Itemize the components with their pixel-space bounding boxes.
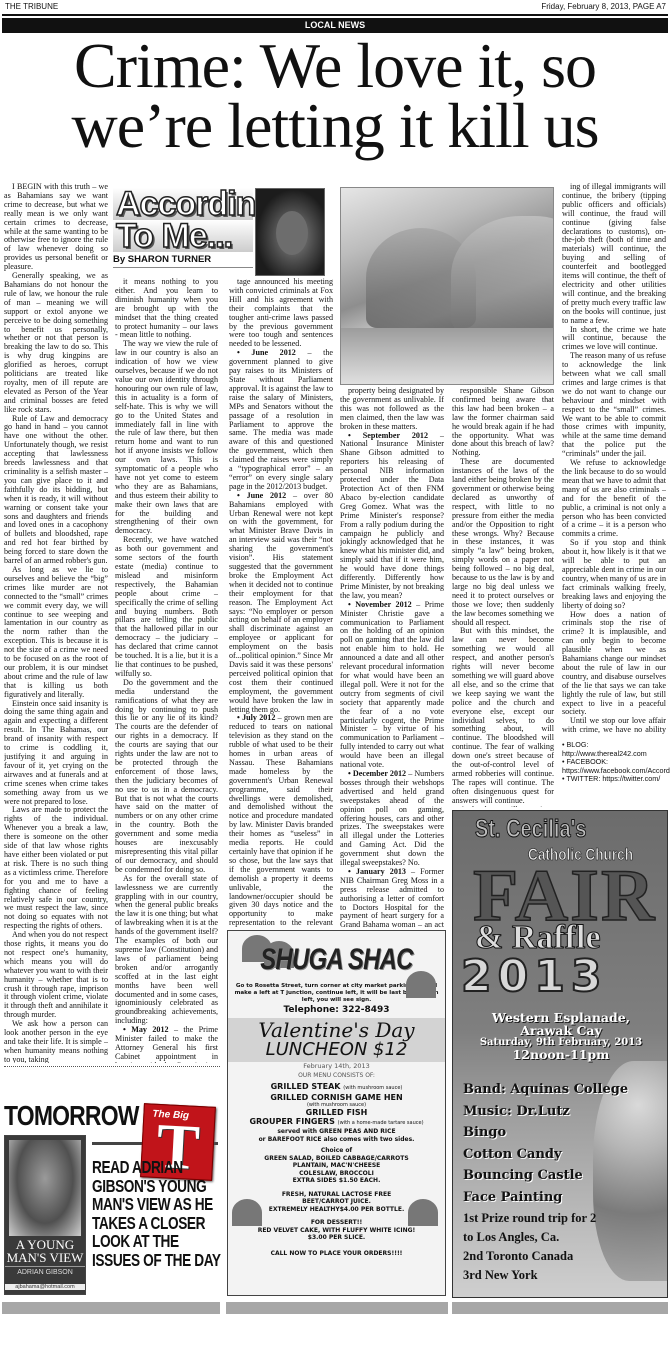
menu-item: GRILLED FISH xyxy=(228,1108,445,1117)
article-paragraph: • June 2012 – over 80 Bahamians employed… xyxy=(229,492,333,715)
side-3: COLESLAW, BROCCOLI xyxy=(228,1170,445,1178)
event-date: February 14th, 2013 xyxy=(228,1062,445,1070)
side-4: EXTRA SIDES $1.50 EACH. xyxy=(228,1177,445,1185)
heart-icon xyxy=(408,1199,438,1226)
valentines-day: Valentine's Day xyxy=(228,1020,445,1040)
promo-text: READ ADRIAN GIBSON'S YOUNG MAN'S VIEW AS… xyxy=(92,1158,225,1269)
logo-word-to-me: To Me... xyxy=(113,220,253,252)
menu-item: GROUPER FINGERS (with a home-made tartar… xyxy=(228,1117,445,1128)
siren-lights-photo xyxy=(340,187,554,385)
shuga-shac-title: SHUGA SHAC xyxy=(250,943,424,977)
venue-2: Arawak Cay xyxy=(453,1024,668,1037)
article-paragraph: We refuse to acknowledge the link becaus… xyxy=(562,459,666,539)
promo-divider xyxy=(4,1066,220,1067)
siren-dome-right xyxy=(451,216,554,336)
article-paragraph: The way we view the rule of law in our c… xyxy=(115,340,218,536)
adrian-gibson-photo xyxy=(9,1140,81,1236)
article-paragraph: We ask how a person can look another per… xyxy=(4,1020,108,1063)
article-column-4: property being designated by the governm… xyxy=(340,387,444,930)
prize: 1st Prize round trip for 2 xyxy=(463,1209,596,1228)
article-paragraph: And when you do not respect those rights… xyxy=(4,931,108,1020)
article-paragraph: Do the government and the media understa… xyxy=(115,679,218,875)
valentine-banner: Valentine's Day LUNCHEON $12 xyxy=(228,1018,445,1062)
side-2: PLANTAIN, MAC'N'CHEESE xyxy=(228,1162,445,1170)
article-column-6: ing of illegal immigrants will continue,… xyxy=(562,183,666,805)
article-paragraph: Recently, we have watched as both our go… xyxy=(115,536,218,679)
prizes-list: 1st Prize round trip for 2 to Los Angles… xyxy=(463,1209,596,1285)
bottom-bar-middle xyxy=(226,1302,448,1314)
article-paragraph: So if you stop and think about it, how l… xyxy=(562,539,666,610)
attraction: Band: Aquinas College xyxy=(463,1079,628,1101)
column-logo: According To Me... By SHARON TURNER xyxy=(113,188,253,273)
article-paragraph: • May 2012 – the Prime Minister failed t… xyxy=(115,1026,218,1063)
fair-info: Western Esplanade, Arawak Cay Saturday, … xyxy=(453,1011,668,1061)
menu-intro: OUR MENU CONSISTS OF: xyxy=(228,1072,445,1079)
call-to-action: CALL NOW TO PLACE YOUR ORDERS!!!! xyxy=(228,1250,445,1258)
dessert-3: $3.00 PER SLICE. xyxy=(228,1234,445,1242)
article-paragraph: it means nothing to you either. And you … xyxy=(115,278,218,340)
fair-time: 12noon-11pm xyxy=(453,1048,668,1061)
st-cecilia-fair-ad: St. Cecilia's Catholic Church FAIR & Raf… xyxy=(452,810,668,1298)
headline-line-1: Crime: We love it, so xyxy=(0,36,670,96)
dateline: Friday, February 8, 2013, PAGE A7 xyxy=(541,2,666,11)
article-paragraph: • July 2012 – grown men are reduced to t… xyxy=(229,714,333,928)
attractions-list: Band: Aquinas College Music: Dr.Lutz Bin… xyxy=(463,1079,628,1208)
menu-item: GRILLED CORNISH GAME HEN xyxy=(228,1093,445,1102)
article-paragraph: responsible Shane Gibson confirmed being… xyxy=(452,387,554,458)
attraction: Cotton Candy xyxy=(463,1144,628,1166)
choice-label: Choice of xyxy=(228,1147,445,1155)
article-paragraph: I BEGIN with this truth – we as Bahamian… xyxy=(4,183,108,272)
bottom-bar-right xyxy=(452,1302,668,1314)
article-paragraph: Laws are made to protect the rights of t… xyxy=(4,806,108,931)
prize: 2nd Toronto Canada xyxy=(463,1247,596,1266)
logo-word-according: According xyxy=(113,188,253,220)
article-paragraph: And they will continue because the harbo… xyxy=(452,806,554,807)
siren-base xyxy=(341,328,554,385)
article-paragraph: Generally speaking, we as Bahamians do n… xyxy=(4,272,108,415)
attraction: Face Painting xyxy=(463,1187,628,1209)
served-with-2: or BAREFOOT RICE also comes with two sid… xyxy=(228,1136,445,1144)
article-paragraph: Rule of Law and democracy go hand in han… xyxy=(4,415,108,566)
church-name: St. Cecilia's xyxy=(475,815,586,844)
bottom-bar-left xyxy=(2,1302,220,1314)
luncheon-price: LUNCHEON $12 xyxy=(228,1040,445,1060)
column-email: ajbahama@hotmail.com xyxy=(5,1284,85,1290)
blog-link[interactable]: • BLOG: http://www.thereal242.com xyxy=(562,741,668,758)
author-links: • BLOG: http://www.thereal242.com • FACE… xyxy=(562,735,668,784)
article-column-2: it means nothing to you either. And you … xyxy=(115,278,218,1063)
column-author: ADRIAN GIBSON xyxy=(5,1266,85,1276)
prize: 3rd New York xyxy=(463,1266,596,1285)
article-column-5: responsible Shane Gibson confirmed being… xyxy=(452,387,554,807)
served-with: served with GREEN PEAS AND RICE xyxy=(228,1128,445,1136)
telephone: Telephone: 322-8493 xyxy=(228,1005,445,1015)
menu-item: GRILLED STEAK (with mushroom sauce) xyxy=(228,1082,445,1093)
dessert-2: RED VELVET CAKE, WITH FLUFFY WHITE ICING… xyxy=(228,1227,445,1235)
article-paragraph: ing of illegal immigrants will continue,… xyxy=(562,183,666,326)
headline: Crime: We love it, so we’re letting it k… xyxy=(0,36,670,156)
attraction: Bouncing Castle xyxy=(463,1165,628,1187)
article-paragraph: These are documented instances of the la… xyxy=(452,458,554,627)
top-rule xyxy=(2,14,668,16)
tomorrow-in-heading: TOMORROW IN xyxy=(4,1100,165,1132)
juice-1: FRESH, NATURAL LACTOSE FREE xyxy=(228,1191,445,1199)
shuga-shac-ad: SHUGA SHAC Go to Rosetta Street, turn co… xyxy=(227,930,446,1296)
article-paragraph: • November 2012 – Prime Minister Christi… xyxy=(340,601,444,770)
young-mans-view-box: A YOUNG MAN'S VIEW ADRIAN GIBSON ajbaham… xyxy=(4,1135,86,1295)
article-paragraph: As for the overall state of lawlessness … xyxy=(115,875,218,1026)
author-portrait xyxy=(255,188,325,276)
menu-items: GRILLED STEAK (with mushroom sauce) GRIL… xyxy=(228,1082,445,1128)
article-paragraph: As long as we lie to ourselves and belie… xyxy=(4,566,108,700)
attraction: Bingo xyxy=(463,1122,628,1144)
attraction: Music: Dr.Lutz xyxy=(463,1101,628,1123)
prize: to Los Angles, Ca. xyxy=(463,1228,596,1247)
article-paragraph: • December 2012 – Numbers bosses through… xyxy=(340,770,444,868)
twitter-link[interactable]: • TWITTER: https://twitter.com/ xyxy=(562,775,668,784)
facebook-link[interactable]: • FACEBOOK: https://www.facebook.com/Acc… xyxy=(562,758,668,775)
article-paragraph: In short, the crime we hate will continu… xyxy=(562,326,666,353)
fair-year: 2013 xyxy=(461,951,607,1002)
article-paragraph: • June 2012 – the government planned to … xyxy=(229,349,333,492)
article-paragraph: How does a nation of criminals stop the … xyxy=(562,611,666,718)
newspaper-name: THE TRIBUNE xyxy=(5,2,58,11)
headline-line-2: we’re letting it kill us xyxy=(0,96,670,156)
article-paragraph: • September 2012 – National Insurance Mi… xyxy=(340,432,444,601)
article-paragraph: The reason many of us refuse to acknowle… xyxy=(562,352,666,459)
column-title: A YOUNG MAN'S VIEW xyxy=(5,1238,85,1264)
article-paragraph: property being designated by the governm… xyxy=(340,387,444,432)
article-column-3: tage announced his meeting with convicte… xyxy=(229,278,333,928)
side-1: GREEN SALAD, BOILED CABBAGE/CARROTS xyxy=(228,1155,445,1163)
article-paragraph: • January 2013 – Former NIB Chairman Gre… xyxy=(340,868,444,930)
article-paragraph: But with this mindset, the law can never… xyxy=(452,627,554,805)
heart-icon xyxy=(232,1199,262,1226)
article-paragraph: tage announced his meeting with convicte… xyxy=(229,278,333,349)
byline: By SHARON TURNER xyxy=(113,254,253,268)
article-paragraph: Einstein once said insanity is doing the… xyxy=(4,700,108,807)
article-column-1: I BEGIN with this truth – we as Bahamian… xyxy=(4,183,108,1063)
